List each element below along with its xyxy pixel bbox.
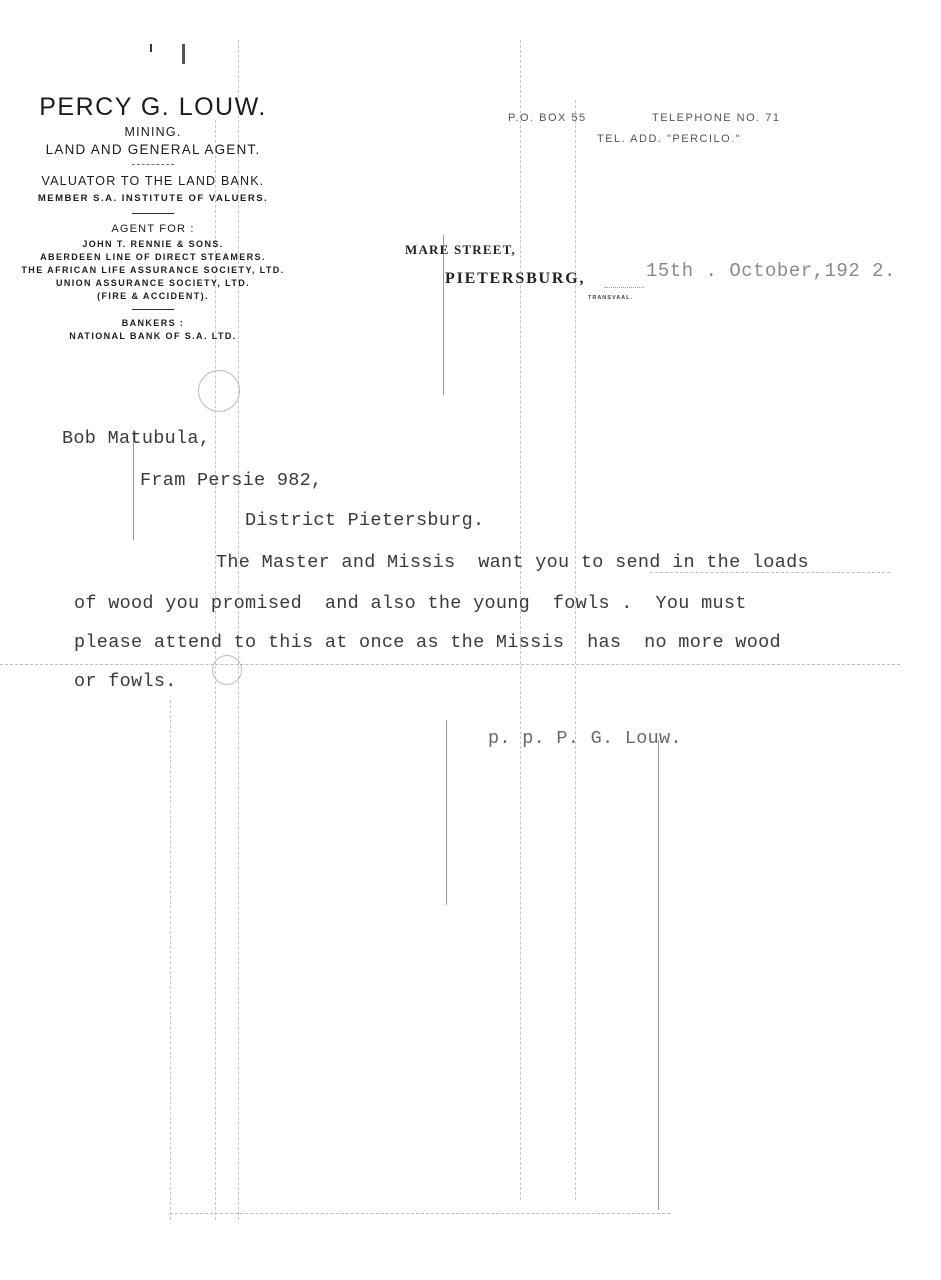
agency-item: JOHN T. RENNIE & SONS.	[18, 238, 288, 251]
fold-line	[658, 740, 659, 1210]
letter-date: 15th . October,192 2.	[646, 260, 896, 282]
addressee: Bob Matubula,	[62, 428, 210, 449]
address-line: Fram Persie 982,	[140, 470, 322, 491]
letterhead-line: MINING.	[18, 124, 288, 141]
ink-smudge	[198, 370, 240, 412]
telegraphic-address: TEL. ADD. "PERCILO."	[597, 133, 741, 145]
letterhead-left: PERCY G. LOUW. MINING. LAND AND GENERAL …	[18, 92, 288, 343]
agency-item: UNION ASSURANCE SOCIETY, LTD.	[18, 277, 288, 290]
street-address: MARE STREET,	[405, 242, 516, 258]
fold-crease	[0, 664, 900, 665]
fold-crease	[170, 1213, 670, 1214]
signature: p. p. P. G. Louw.	[488, 728, 682, 749]
bankers-heading: BANKERS :	[18, 317, 288, 330]
letter-page: PERCY G. LOUW. MINING. LAND AND GENERAL …	[0, 0, 941, 1280]
company-name: PERCY G. LOUW.	[18, 92, 288, 122]
town: PIETERSBURG,	[445, 270, 585, 288]
ink-mark	[150, 44, 152, 52]
bank-name: NATIONAL BANK OF S.A. LTD.	[18, 330, 288, 343]
agency-item: THE AFRICAN LIFE ASSURANCE SOCIETY, LTD.	[18, 264, 288, 277]
body-line: or fowls.	[74, 671, 177, 692]
divider	[132, 213, 174, 214]
body-line: of wood you promised and also the young …	[74, 593, 747, 614]
agent-for-heading: AGENT FOR :	[18, 221, 288, 238]
letterhead-line: LAND AND GENERAL AGENT.	[18, 141, 288, 158]
po-box: P.O. BOX 55	[508, 112, 587, 124]
fold-line	[446, 720, 447, 905]
date-underline	[604, 287, 644, 288]
fold-crease	[170, 700, 171, 1220]
divider	[132, 164, 174, 166]
agency-item: ABERDEEN LINE OF DIRECT STEAMERS.	[18, 251, 288, 264]
address-line: District Pietersburg.	[245, 510, 484, 531]
body-line: please attend to this at once as the Mis…	[74, 632, 781, 653]
fold-crease	[520, 40, 521, 1200]
agency-item: (FIRE & ACCIDENT).	[18, 290, 288, 303]
body-line: The Master and Missis want you to send i…	[216, 552, 809, 573]
valuator-line: VALUATOR TO THE LAND BANK.	[18, 173, 288, 190]
member-line: MEMBER S.A. INSTITUTE OF VALUERS.	[18, 190, 288, 207]
ink-mark	[182, 44, 185, 64]
province: TRANSVAAL.	[588, 295, 633, 301]
divider	[132, 309, 174, 310]
ink-smudge	[212, 655, 242, 685]
telephone-number: TELEPHONE NO. 71	[652, 112, 781, 124]
fold-line	[443, 235, 444, 395]
